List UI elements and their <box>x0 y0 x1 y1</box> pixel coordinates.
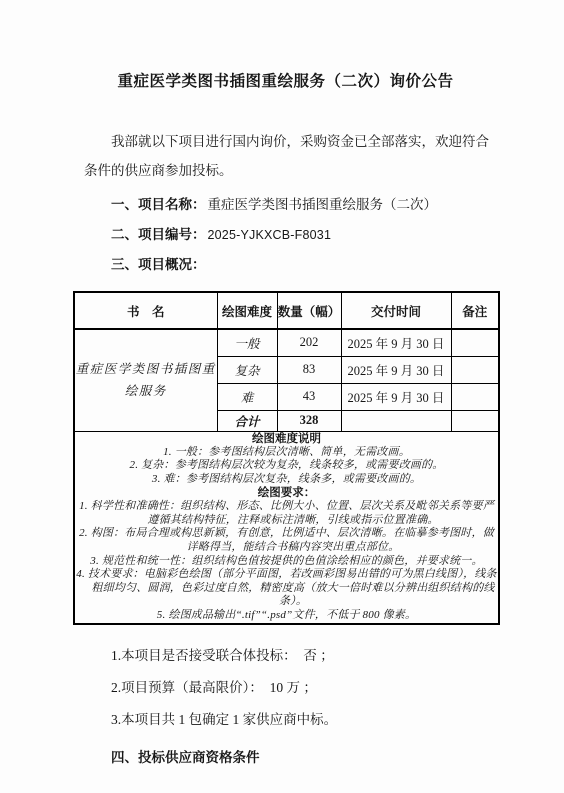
header-remark: 备注 <box>451 292 499 329</box>
quantity-cell: 83 <box>277 356 341 383</box>
project-name-value: 重症医学类图书插图重绘服务（二次） <box>208 197 438 212</box>
table-notes-row: 绘图难度说明 1. 一般：参考图结构层次清晰、简单，无需改画。 2. 复杂：参考… <box>74 431 499 624</box>
intro-paragraph: 我部就以下项目进行国内询价，采购资金已全部落实，欢迎符合条件的供应商参加投标。 <box>84 127 496 185</box>
book-name-cell: 重症医学类图书插图重绘服务 <box>74 329 217 431</box>
quantity-cell: 202 <box>277 329 341 356</box>
remark-cell <box>451 356 499 383</box>
difficulty-note: 1. 一般：参考图结构层次清晰、简单，无需改画。 <box>75 446 498 460</box>
table-notes-cell: 绘图难度说明 1. 一般：参考图结构层次清晰、简单，无需改画。 2. 复杂：参考… <box>74 431 499 624</box>
header-delivery-time: 交付时间 <box>341 292 451 329</box>
section-heading-project-number: 二、项目编号：2025-YJKXCB-F8031 <box>84 220 498 250</box>
difficulty-notes-title: 绘图难度说明 <box>75 432 498 446</box>
document-page: 重症医学类图书插图重绘服务（二次）询价公告 我部就以下项目进行国内询价，采购资金… <box>0 0 564 793</box>
total-remark-cell <box>451 410 499 431</box>
condition-item-award: 3.本项目共 1 包确定 1 家供应商中标。 <box>84 711 498 729</box>
condition-list: 1.本项目是否接受联合体投标： 否 ； 2.项目预算（最高限价）： 10 万 ；… <box>73 647 498 729</box>
delivery-cell: 2025 年 9 月 30 日 <box>341 329 451 356</box>
requirement-note: 4. 技术要求：电脑彩色绘图（部分平面图，若改画彩图易出错的可为黑白线图），线条… <box>75 568 498 609</box>
total-quantity-cell: 328 <box>277 410 341 431</box>
difficulty-cell: 复杂 <box>217 356 277 383</box>
requirements-title: 绘图要求： <box>75 486 498 500</box>
remark-cell <box>451 383 499 410</box>
condition-item-consortium: 1.本项目是否接受联合体投标： 否 ； <box>84 647 498 665</box>
section-heading-project-name: 一、项目名称：重症医学类图书插图重绘服务（二次） <box>84 190 498 220</box>
total-label-cell: 合计 <box>217 410 277 431</box>
table-header-row: 书 名 绘图难度 数量（幅） 交付时间 备注 <box>74 292 499 329</box>
project-name-label: 一、项目名称： <box>111 197 206 212</box>
page-title: 重症医学类图书插图重绘服务（二次）询价公告 <box>73 0 498 92</box>
difficulty-note: 2. 复杂：参考图结构层次较为复杂，线条较多，或需要改画的。 <box>75 459 498 473</box>
condition-item-budget: 2.项目预算（最高限价）： 10 万 ； <box>84 679 498 697</box>
header-difficulty: 绘图难度 <box>217 292 277 329</box>
difficulty-cell: 难 <box>217 383 277 410</box>
quantity-cell: 43 <box>277 383 341 410</box>
table-row: 重症医学类图书插图重绘服务 一般 202 2025 年 9 月 30 日 <box>74 329 499 356</box>
document-content: 重症医学类图书插图重绘服务（二次）询价公告 我部就以下项目进行国内询价，采购资金… <box>0 0 564 767</box>
project-number-label: 二、项目编号： <box>111 227 206 242</box>
requirement-note: 1. 科学性和准确性：组织结构、形态、比例大小、位置、层次关系及毗邻关系等要严遵… <box>75 500 498 527</box>
project-overview-table: 书 名 绘图难度 数量（幅） 交付时间 备注 重症医学类图书插图重绘服务 一般 … <box>73 291 500 625</box>
requirement-note: 5. 绘图成品输出“.tif”“.psd”文件，不低于 800 像素。 <box>75 609 498 623</box>
delivery-cell: 2025 年 9 月 30 日 <box>341 383 451 410</box>
difficulty-note: 3. 难：参考图结构层次复杂，线条多，或需要改画的。 <box>75 473 498 487</box>
project-number-value: 2025-YJKXCB-F8031 <box>208 228 332 242</box>
requirement-note: 2. 构图：布局合理或构思新颖，有创意，比例适中、层次清晰。在临摹参考图时，做详… <box>75 527 498 554</box>
requirement-note: 3. 规范性和统一性：组织结构色值按提供的色值涂绘相应的颜色，并要求统一。 <box>75 555 498 569</box>
section-heading-project-overview: 三、项目概况： <box>84 250 498 280</box>
total-delivery-cell <box>341 410 451 431</box>
header-book-name: 书 名 <box>74 292 217 329</box>
header-quantity: 数量（幅） <box>277 292 341 329</box>
section-headings: 一、项目名称：重症医学类图书插图重绘服务（二次） 二、项目编号：2025-YJK… <box>73 190 498 280</box>
delivery-cell: 2025 年 9 月 30 日 <box>341 356 451 383</box>
remark-cell <box>451 329 499 356</box>
difficulty-cell: 一般 <box>217 329 277 356</box>
project-overview-label: 三、项目概况： <box>111 257 206 272</box>
section-heading-supplier-qualification: 四、投标供应商资格条件 <box>84 749 498 767</box>
